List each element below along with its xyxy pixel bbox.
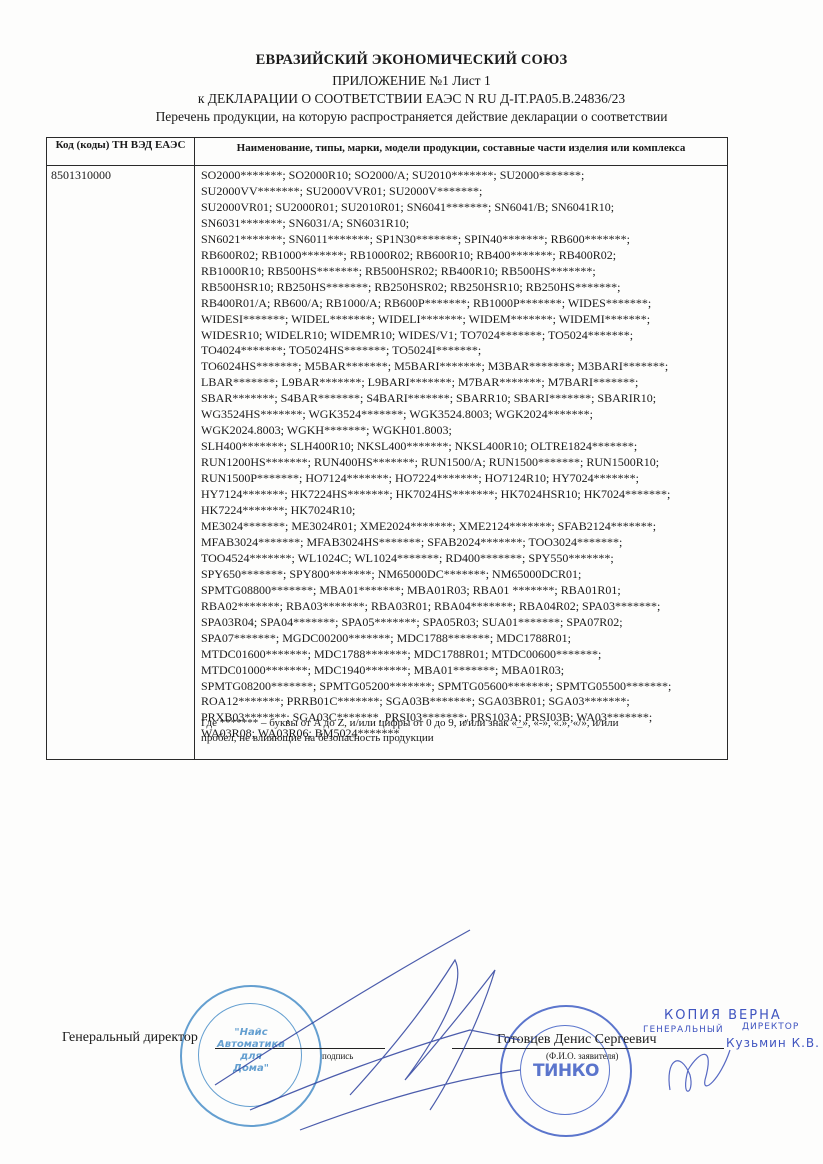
- model-line: ME3024*******; ME3024R01; XME2024*******…: [201, 519, 725, 535]
- column-divider: [194, 138, 195, 759]
- signer-name: Готовцев Денис Сергеевич: [497, 1032, 657, 1048]
- declaration-number: к ДЕКЛАРАЦИИ О СООТВЕТСТВИИ ЕАЭС N RU Д-…: [0, 91, 823, 107]
- model-line: SU2000VV*******; SU2000VVR01; SU2000V***…: [201, 184, 725, 200]
- product-list-title: Перечень продукции, на которую распростр…: [0, 109, 823, 125]
- company-stamp-right: ТИНКО: [500, 1005, 632, 1137]
- stamp-left-line: Автоматика: [182, 1039, 320, 1051]
- model-line: SLH400*******; SLH400R10; NKSL400*******…: [201, 439, 725, 455]
- model-line: WIDESI*******; WIDEL*******; WIDELI*****…: [201, 312, 725, 328]
- model-line: MFAB3024*******; MFAB3024HS*******; SFAB…: [201, 535, 725, 551]
- model-line: WG3524HS*******; WGK3524*******; WGK3524…: [201, 407, 725, 423]
- model-line: RB400R01/A; RB600/A; RB1000/A; RB600P***…: [201, 296, 725, 312]
- model-line: MTDC01600*******; MDC1788*******; MDC178…: [201, 647, 725, 663]
- appendix-title: ПРИЛОЖЕНИЕ №1 Лист 1: [0, 73, 823, 89]
- stamp-left-line: "Найс: [182, 1027, 320, 1039]
- model-line: WIDESR10; WIDELR10; WIDEMR10; WIDES/V1; …: [201, 328, 725, 344]
- note-line: Где ******* – буквы от A до Z, и/или циф…: [201, 716, 721, 731]
- copy-certified-role-right: ДИРЕКТОР: [742, 1022, 799, 1032]
- column-header-code: Код (коды) ТН ВЭД ЕАЭС: [47, 139, 194, 152]
- signer-role: Генеральный директор: [62, 1030, 198, 1046]
- wildcard-note: Где ******* – буквы от A до Z, и/или циф…: [201, 716, 721, 746]
- model-line: RUN1200HS*******; RUN400HS*******; RUN15…: [201, 455, 725, 471]
- model-line: SPA07*******; MGDC00200*******; MDC1788*…: [201, 631, 725, 647]
- model-line: WGK2024.8003; WGKH*******; WGKH01.8003;: [201, 423, 725, 439]
- stamp-left-line: для: [182, 1051, 320, 1063]
- model-line: TOO4524*******; WL1024C; WL1024*******; …: [201, 551, 725, 567]
- stamp-right-logo: ТИНКО: [502, 1061, 630, 1081]
- copy-certified-role-left: ГЕНЕРАЛЬНЫЙ: [643, 1025, 724, 1035]
- header-divider: [47, 165, 727, 166]
- model-list: SO2000*******; SO2000R10; SO2000/A; SU20…: [201, 168, 725, 742]
- model-line: HY7124*******; HK7224HS*******; HK7024HS…: [201, 487, 725, 503]
- model-line: RB1000R10; RB500HS*******; RB500HSR02; R…: [201, 264, 725, 280]
- model-line: MTDC01000*******; MDC1940*******; MBA01*…: [201, 663, 725, 679]
- column-header-products: Наименование, типы, марки, модели продук…: [195, 142, 727, 155]
- model-line: LBAR*******; L9BAR*******; L9BARI*******…: [201, 375, 725, 391]
- organization-title: ЕВРАЗИЙСКИЙ ЭКОНОМИЧЕСКИЙ СОЮЗ: [0, 52, 823, 69]
- model-line: SPMTG08200*******; SPMTG05200*******; SP…: [201, 679, 725, 695]
- model-line: SPA03R04; SPA04*******; SPA05*******; SP…: [201, 615, 725, 631]
- name-line: [452, 1048, 724, 1049]
- model-line: HK7224*******; HK7024R10;: [201, 503, 725, 519]
- note-line: пробел, не влияющие на безопасность прод…: [201, 731, 721, 746]
- signature-line: [215, 1048, 385, 1049]
- model-line: TO4024*******; TO5024HS*******; TO5024I*…: [201, 343, 725, 359]
- model-line: SBAR*******; S4BAR*******; S4BARI*******…: [201, 391, 725, 407]
- name-caption: (Ф.И.О. заявителя): [546, 1051, 618, 1061]
- stamp-left-line: Дома": [182, 1063, 320, 1075]
- copy-certified-name: Кузьмин К.В.: [726, 1036, 820, 1050]
- model-line: SN6021*******; SN6011*******; SP1N30****…: [201, 232, 725, 248]
- copy-certified-title: КОПИЯ ВЕРНА: [664, 1008, 782, 1023]
- model-line: RUN1500P*******; HO7124*******; HO7224**…: [201, 471, 725, 487]
- model-line: RB600R02; RB1000*******; RB1000R02; RB60…: [201, 248, 725, 264]
- model-line: SPY650*******; SPY800*******; NM65000DC*…: [201, 567, 725, 583]
- model-line: SN6031*******; SN6031/A; SN6031R10;: [201, 216, 725, 232]
- product-table: Код (коды) ТН ВЭД ЕАЭС Наименование, тип…: [46, 137, 728, 760]
- model-line: RB500HSR10; RB250HS*******; RB250HSR02; …: [201, 280, 725, 296]
- tn-ved-code: 8501310000: [51, 168, 111, 183]
- model-line: TO6024HS*******; M5BAR*******; M5BARI***…: [201, 359, 725, 375]
- company-stamp-left: "Найс Автоматика для Дома": [180, 985, 322, 1127]
- model-line: ROA12*******; PRRB01C*******; SGA03B****…: [201, 694, 725, 710]
- model-line: SPMTG08800*******; MBA01*******; MBA01R0…: [201, 583, 725, 599]
- model-line: RBA02*******; RBA03*******; RBA03R01; RB…: [201, 599, 725, 615]
- model-line: SO2000*******; SO2000R10; SO2000/A; SU20…: [201, 168, 725, 184]
- signature-caption: подпись: [322, 1051, 353, 1061]
- model-line: SU2000VR01; SU2000R01; SU2010R01; SN6041…: [201, 200, 725, 216]
